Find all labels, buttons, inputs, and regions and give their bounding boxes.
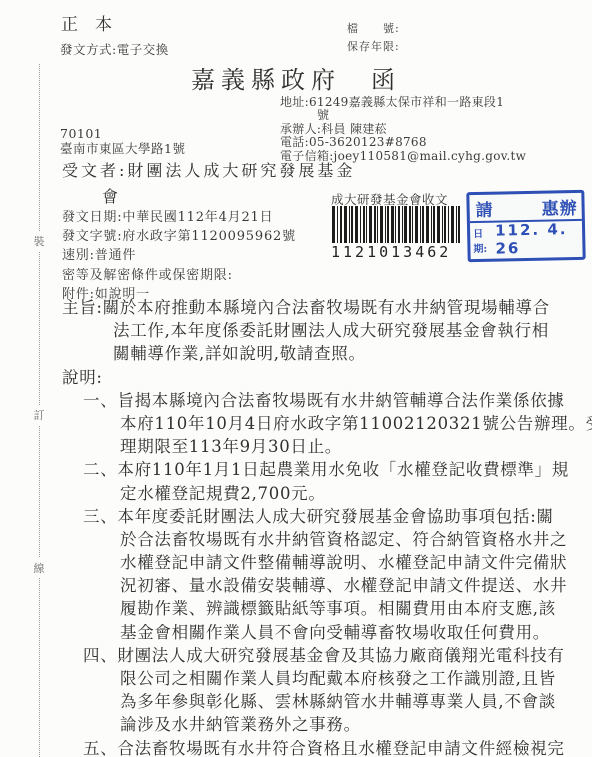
body-line: 五、合法畜牧場既有水井符合資格且水權登記申請文件經檢視完: [83, 737, 592, 757]
body-line: 法工作,本年度係委託財團法人成大研究發展基金會執行相: [113, 319, 592, 342]
recipient-line1: 受文者:財團法人成大研究發展基金: [62, 158, 355, 184]
recipient-street-address: 臺南市東區大學路1號: [60, 141, 185, 156]
barcode-bars: [332, 206, 460, 243]
document-meta-block: 發文日期:中華民國112年4月21日 發文字號:府水政字第1120095962號…: [62, 208, 296, 304]
body-line: 況初審、量水設備安裝輔導、水權登記申請文件提送、水井: [120, 574, 592, 597]
stamp-top-row: 請 惠辦: [469, 193, 582, 223]
recipient-zip: 70101: [60, 126, 185, 141]
agency-contact-person: 承辦人:科員 陳建菘: [280, 123, 526, 136]
stamp-text-left: 請: [475, 195, 494, 220]
file-number-label: 檔 號:: [347, 20, 400, 36]
issue-date: 發文日期:中華民國112年4月21日: [62, 208, 296, 227]
body-line: 理期限至113年9月30日止。: [120, 435, 592, 458]
barcode-number: 1121013462: [331, 243, 461, 261]
copy-type-label: 正本: [61, 10, 129, 35]
body-line: 為多年參與彰化縣、雲林縣納管水井輔導專業人員,不會談: [120, 690, 592, 713]
body-line: 一、旨揭本縣境內合法畜牧場既有水井納管輔導合法作業係依據: [83, 389, 592, 412]
stamp-date-value: 112. 4. 26: [495, 220, 580, 258]
body-line: 於合法畜牧場既有水井納管資格認定、符合納管資格水井之: [120, 528, 592, 551]
body-line: 二、本府110年1月1日起農業用水免收「水權登記收費標準」規: [83, 458, 592, 481]
body-line: 水權登記申請文件整備輔導說明、水權登記申請文件完備狀: [120, 551, 592, 574]
recipient-line2: 會: [102, 184, 355, 210]
agency-phone: 電話:05-3620123#8768: [280, 136, 526, 149]
body-line: 說明:: [62, 366, 592, 389]
body-line: 履勘作業、辨識標籤貼紙等事項。相關費用由本府支應,該: [120, 597, 592, 620]
scanned-official-letter: 裝 訂 線 正本 檔 號: 保存年限: 發文方式:電子交換 嘉義縣政府 函 地址…: [0, 0, 592, 757]
body-line: 限公司之相關作業人員均配戴本府核發之工作識別證,且皆: [120, 667, 592, 690]
body-line: 定水權登記規費2,700元。: [120, 482, 592, 505]
letter-body: 主旨:關於本府推動本縣境內合法畜牧場既有水井納管現場輔導合 法工作,本年度係委託…: [0, 296, 592, 757]
body-line: 主旨:關於本府推動本縣境內合法畜牧場既有水井納管現場輔導合: [62, 296, 592, 319]
barcode: [332, 206, 460, 247]
stamp-bottom-row: 日期: 112. 4. 26: [470, 221, 583, 257]
agency-address-line2: 號: [317, 109, 526, 122]
stamp-text-right: 惠辦: [541, 193, 578, 219]
recipient-block: 受文者:財團法人成大研究發展基金 會: [62, 158, 355, 210]
body-line: 關輔導作業,詳如說明,敬請查照。: [113, 342, 592, 365]
retention-period-label: 保存年限:: [347, 38, 400, 54]
binding-mark-zhuang: 裝: [31, 231, 47, 251]
body-line: 四、財團法人成大研究發展基金會及其協力廠商儀翔光電科技有: [83, 644, 592, 667]
body-line: 基金會相關作業人員不會向受輔導畜牧場收取任何費用。: [120, 621, 592, 644]
doc-number: 發文字號:府水政字第1120095962號: [62, 227, 296, 246]
document-title: 嘉義縣政府 函: [0, 60, 592, 95]
security-class: 密等及解密條件或保密期限:: [62, 266, 296, 285]
body-line: 三、本年度委託財團法人成大研究發展基金會協助事項包括:關: [83, 505, 592, 528]
stamp-date-label: 日期:: [473, 225, 493, 255]
body-line: 論涉及水井納管業務外之事務。: [120, 713, 592, 736]
speed-class: 速別:普通件: [62, 246, 296, 265]
delivery-method: 發文方式:電子交換: [60, 40, 169, 58]
approval-stamp: 請 惠辦 日期: 112. 4. 26: [466, 190, 585, 262]
agency-contact-block: 地址:61249嘉義縣太保市祥和一路東段1 號 承辦人:科員 陳建菘 電話:05…: [280, 96, 526, 163]
recipient-zip-block: 70101 臺南市東區大學路1號: [60, 126, 185, 156]
body-line: 本府110年10月4日府水政字第11002120321號公告辦理。受: [120, 412, 592, 435]
